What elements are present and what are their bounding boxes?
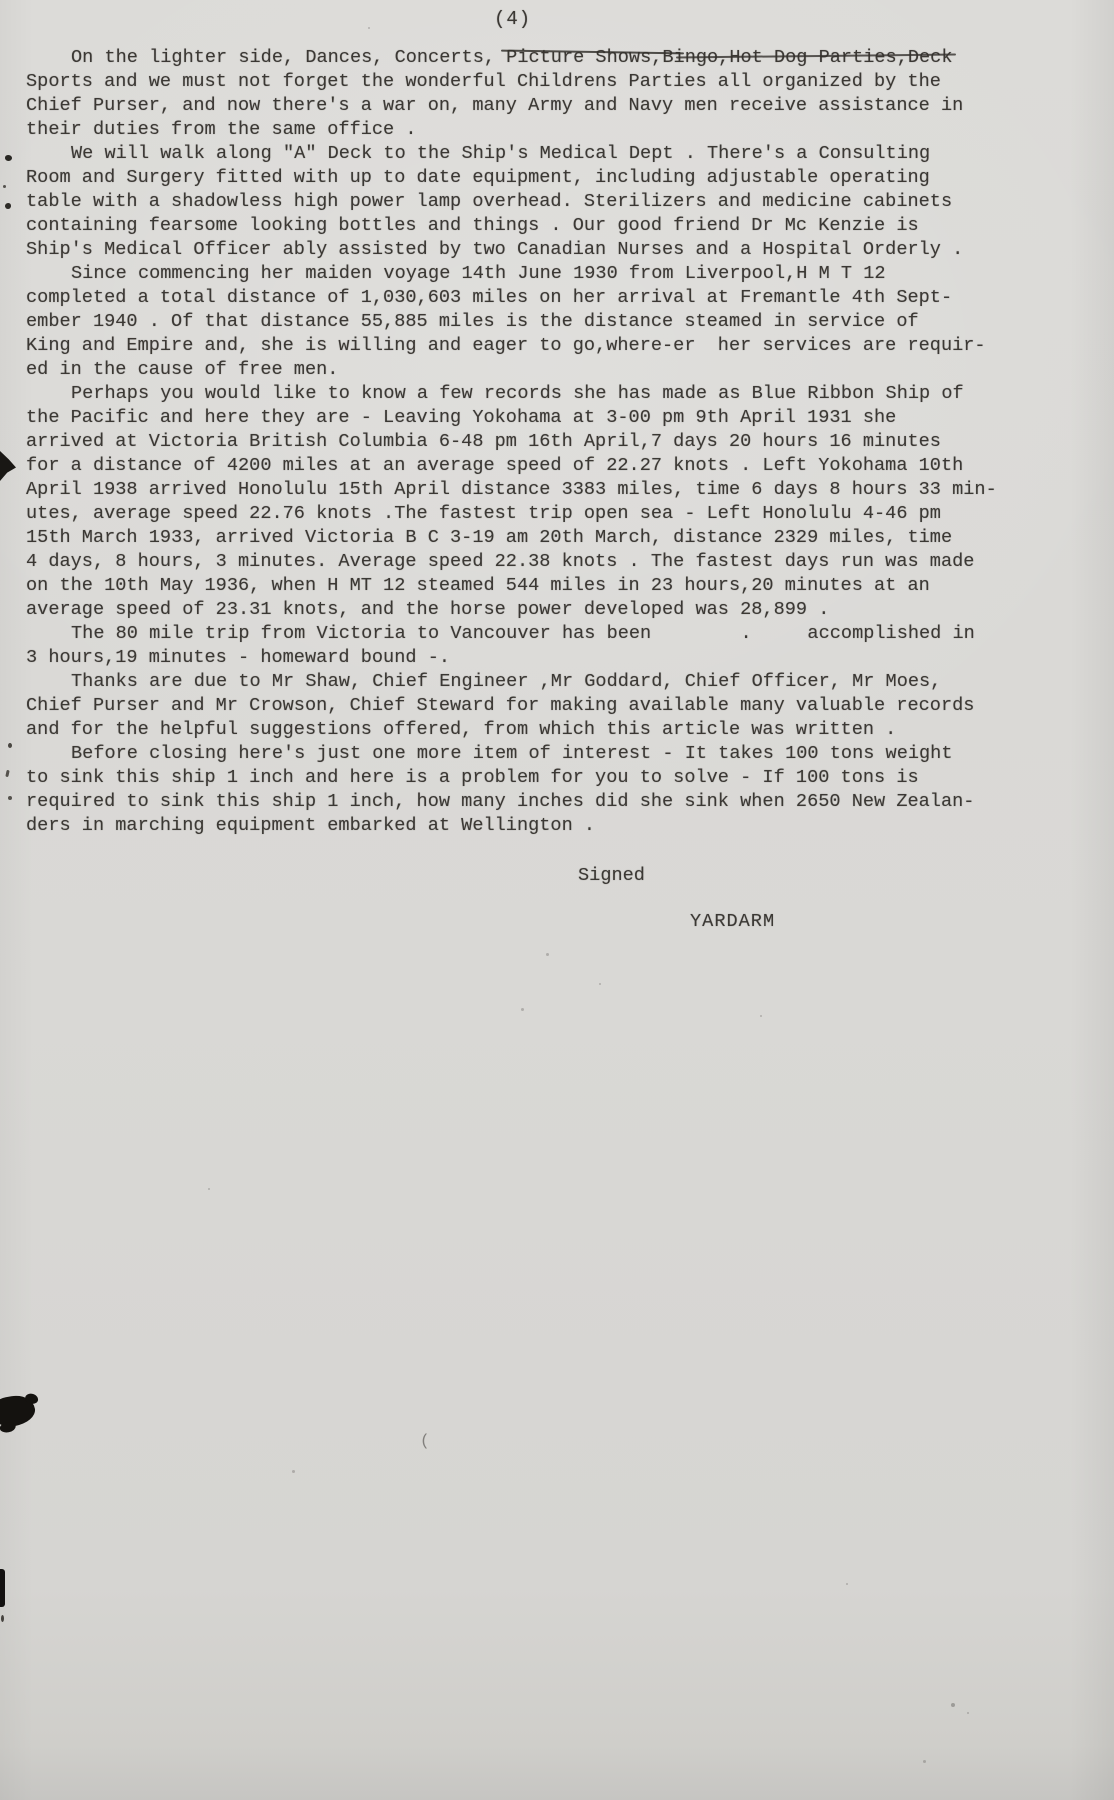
text-line: completed a total distance of 1,030,603 … — [26, 286, 997, 310]
ink-speck — [8, 796, 12, 800]
text-line: ember 1940 . Of that distance 55,885 mil… — [26, 310, 997, 334]
text-line: for a distance of 4200 miles at an avera… — [26, 454, 997, 478]
paper-speck — [846, 1583, 848, 1585]
text-line: the Pacific and here they are - Leaving … — [26, 406, 997, 430]
text-line: ders in marching equipment embarked at W… — [26, 814, 997, 838]
stray-mark-paren: ( — [420, 1432, 430, 1450]
text-line: Since commencing her maiden voyage 14th … — [26, 262, 997, 286]
paper-speck — [923, 1760, 926, 1763]
text-line: Chief Purser and Mr Crowson, Chief Stewa… — [26, 694, 997, 718]
ink-speck — [5, 155, 12, 161]
paper-speck — [760, 1015, 762, 1017]
ink-bar-left-edge — [0, 1569, 5, 1607]
text-line: their duties from the same office . — [26, 118, 997, 142]
text-line: required to sink this ship 1 inch, how m… — [26, 790, 997, 814]
ink-speck — [5, 770, 9, 777]
text-line: We will walk along "A" Deck to the Ship'… — [26, 142, 997, 166]
ink-blot-left-margin — [0, 451, 16, 481]
text-line: On the lighter side, Dances, Concerts, P… — [26, 46, 997, 70]
struck-text: Picture Shows,Bingo,Hot Dog Parties,Deck — [506, 46, 952, 70]
ink-blot-large — [0, 1393, 37, 1430]
document-body: On the lighter side, Dances, Concerts, P… — [26, 46, 997, 838]
text-line: on the 10th May 1936, when H MT 12 steam… — [26, 574, 997, 598]
paper-speck — [521, 1008, 524, 1011]
text-line: Chief Purser, and now there's a war on, … — [26, 94, 997, 118]
scanned-document-page: (4) On the lighter side, Dances, Concert… — [0, 0, 1114, 1800]
text-line: table with a shadowless high power lamp … — [26, 190, 997, 214]
text-line: Ship's Medical Officer ably assisted by … — [26, 238, 997, 262]
text-line: utes, average speed 22.76 knots .The fas… — [26, 502, 997, 526]
text-line: and for the helpful suggestions offered,… — [26, 718, 997, 742]
paper-speck — [208, 1188, 210, 1190]
ink-speck — [3, 185, 6, 188]
paper-speck — [546, 953, 549, 956]
text-line: Room and Surgery fitted with up to date … — [26, 166, 997, 190]
paper-speck — [599, 983, 601, 985]
text-line: Before closing here's just one more item… — [26, 742, 997, 766]
paper-speck — [967, 1712, 969, 1714]
text-line: average speed of 23.31 knots, and the ho… — [26, 598, 997, 622]
text-line: Thanks are due to Mr Shaw, Chief Enginee… — [26, 670, 997, 694]
text-line: Sports and we must not forget the wonder… — [26, 70, 997, 94]
ink-speck — [5, 203, 11, 209]
text-segment: On the lighter side, Dances, Concerts, — [71, 47, 506, 68]
text-line: arrived at Victoria British Columbia 6-4… — [26, 430, 997, 454]
page-number: (4) — [494, 8, 531, 30]
text-line: April 1938 arrived Honolulu 15th April d… — [26, 478, 997, 502]
text-line: containing fearsome looking bottles and … — [26, 214, 997, 238]
paper-speck — [951, 1703, 955, 1707]
signature-name: YARDARM — [690, 910, 775, 934]
ink-speck — [8, 743, 12, 748]
text-line: King and Empire and, she is willing and … — [26, 334, 997, 358]
paper-speck — [368, 27, 370, 29]
text-line: ed in the cause of free men. — [26, 358, 997, 382]
text-line: to sink this ship 1 inch and here is a p… — [26, 766, 997, 790]
text-line: 15th March 1933, arrived Victoria B C 3-… — [26, 526, 997, 550]
text-line: The 80 mile trip from Victoria to Vancou… — [26, 622, 997, 646]
signed-label: Signed — [578, 864, 645, 888]
text-line: 3 hours,19 minutes - homeward bound -. — [26, 646, 997, 670]
text-line: 4 days, 8 hours, 3 minutes. Average spee… — [26, 550, 997, 574]
paper-speck — [292, 1470, 295, 1473]
text-line: Perhaps you would like to know a few rec… — [26, 382, 997, 406]
